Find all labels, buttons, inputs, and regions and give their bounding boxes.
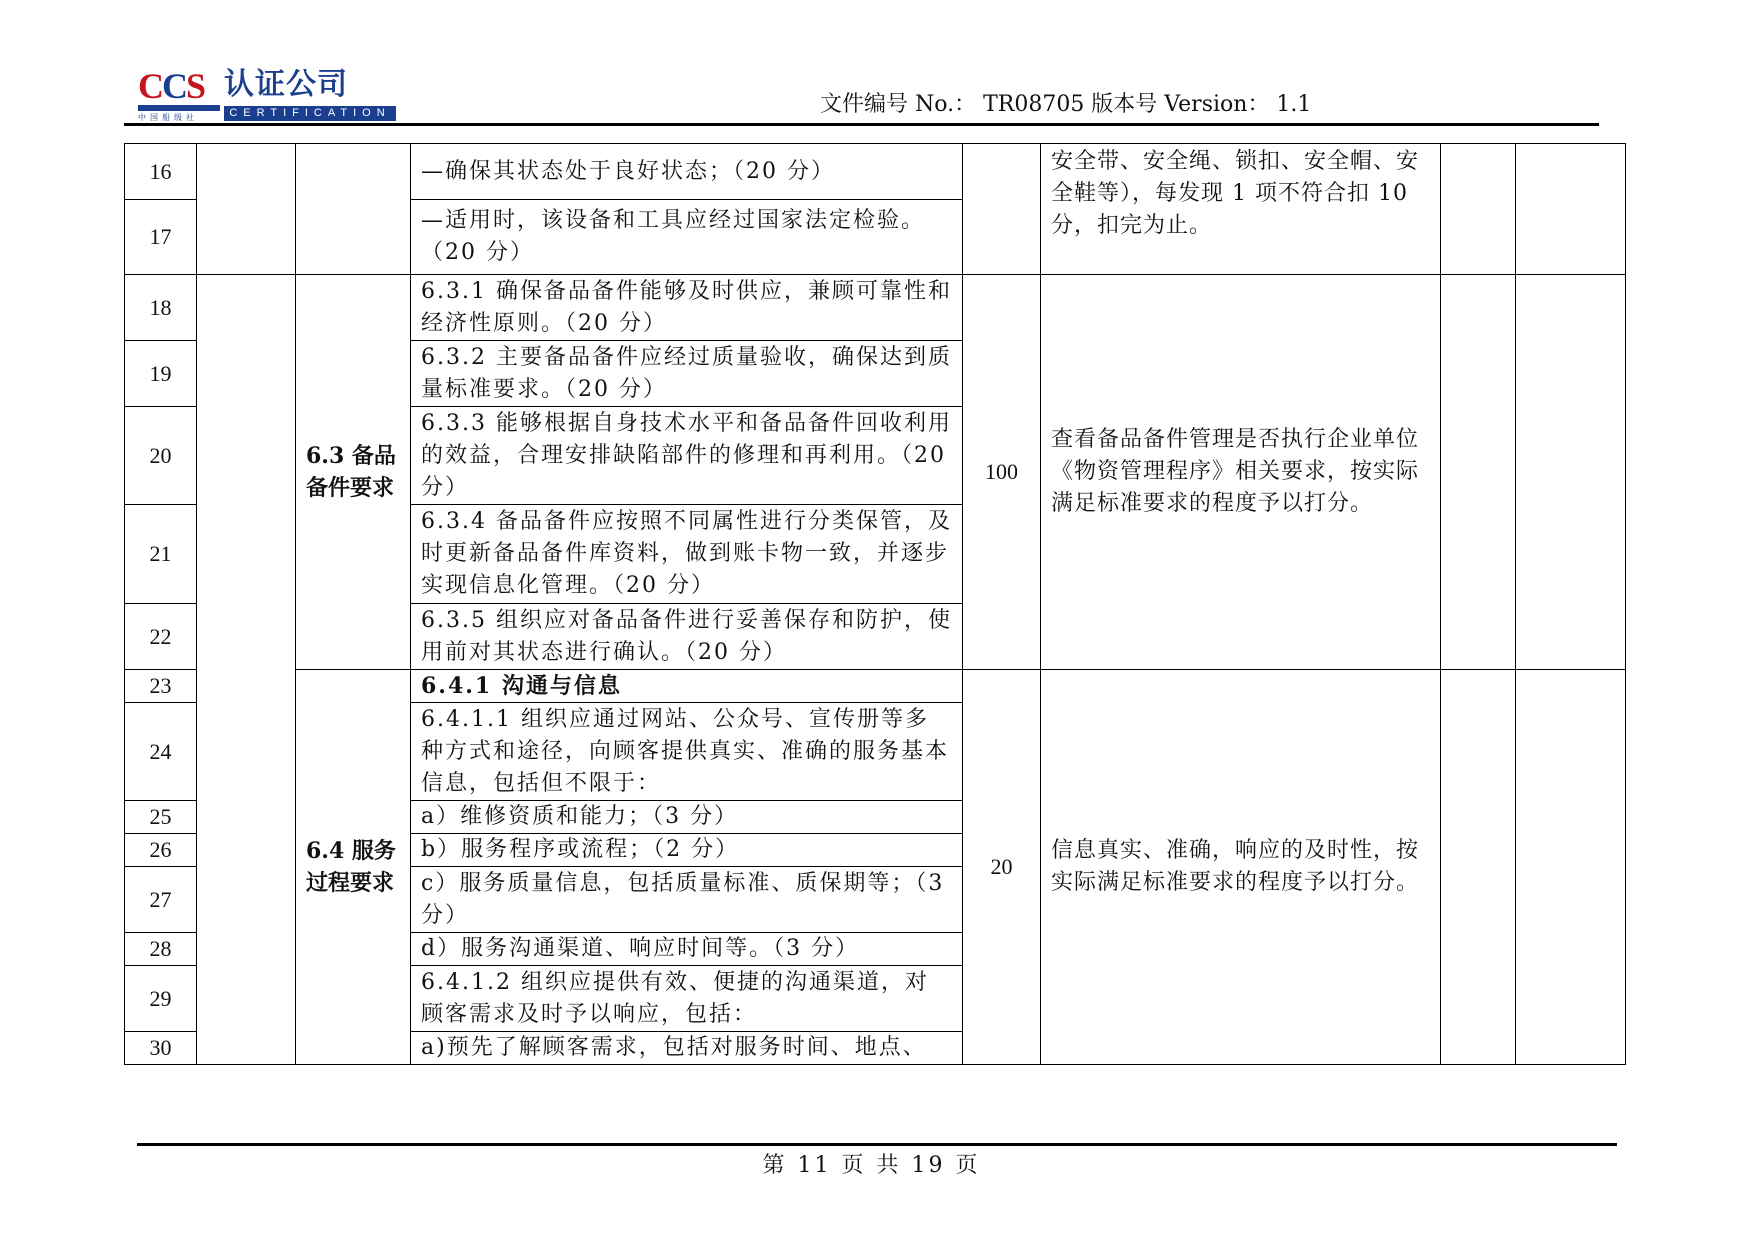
row-number: 19 xyxy=(125,341,197,407)
page-number: 第 11 页 共 19 页 xyxy=(0,1148,1743,1179)
remark-cell xyxy=(1516,144,1626,275)
item-text: b）服务程序或流程；（2 分） xyxy=(411,834,963,867)
table-row: 16 —确保其状态处于良好状态；（20 分） 安全带、安全绳、锁扣、安全帽、安全… xyxy=(125,144,1626,200)
section-cell xyxy=(296,144,411,275)
item-text: 6.3.3 能够根据自身技术水平和备品备件回收利用的效益，合理安排缺陷部件的修理… xyxy=(411,407,963,505)
footer-rule xyxy=(137,1143,1617,1146)
item-text: 6.3.2 主要备品备件应经过质量验收，确保达到质量标准要求。（20 分） xyxy=(411,341,963,407)
logo-society-cn: 中国船级社 xyxy=(138,112,198,123)
category-cell xyxy=(197,275,296,1065)
item-text: —确保其状态处于良好状态；（20 分） xyxy=(411,144,963,200)
row-number: 28 xyxy=(125,933,197,966)
table-row: 23 6.4 服务过程要求 6.4.1 沟通与信息 20 信息真实、准确，响应的… xyxy=(125,670,1626,703)
row-number: 26 xyxy=(125,834,197,867)
section-6-3-title: 6.3 备品备件要求 xyxy=(296,275,411,670)
scoring-table: 16 —确保其状态处于良好状态；（20 分） 安全带、安全绳、锁扣、安全帽、安全… xyxy=(124,143,1626,1065)
category-cell xyxy=(197,144,296,275)
row-number: 30 xyxy=(125,1032,197,1065)
item-text: 6.4.1.1 组织应通过网站、公众号、宣传册等多种方式和途径，向顾客提供真实、… xyxy=(411,703,963,801)
result-cell xyxy=(1441,670,1516,1065)
result-cell xyxy=(1441,144,1516,275)
row-number: 29 xyxy=(125,966,197,1032)
score-value: 20 xyxy=(963,670,1041,1065)
score-cell xyxy=(963,144,1041,275)
item-text: 6.3.4 备品备件应按照不同属性进行分类保管，及时更新备品备件库资料，做到账卡… xyxy=(411,505,963,604)
row-number: 22 xyxy=(125,604,197,670)
row-number: 21 xyxy=(125,505,197,604)
item-heading: 6.4.1 沟通与信息 xyxy=(411,670,963,703)
item-text: c）服务质量信息，包括质量标准、质保期等；（3 分） xyxy=(411,867,963,933)
ccs-certification-logo: CCS 认证公司 中国船级社 CERTIFICATION xyxy=(138,68,396,122)
method-cell: 查看备品备件管理是否执行企业单位《物资管理程序》相关要求，按实际满足标准要求的程… xyxy=(1041,275,1441,670)
method-cell: 安全带、安全绳、锁扣、安全帽、安全鞋等），每发现 1 项不符合扣 10 分，扣完… xyxy=(1041,144,1441,275)
row-number: 23 xyxy=(125,670,197,703)
logo-society-band xyxy=(138,105,220,111)
row-number: 24 xyxy=(125,703,197,801)
logo-company-name: 认证公司 xyxy=(224,68,348,102)
table-row: 18 6.3 备品备件要求 6.3.1 确保备品备件能够及时供应，兼顾可靠性和经… xyxy=(125,275,1626,341)
item-text: —适用时，该设备和工具应经过国家法定检验。（20 分） xyxy=(411,200,963,275)
document-number: 文件编号 No.： TR08705 版本号 Version： 1.1 xyxy=(820,90,1311,120)
result-cell xyxy=(1441,275,1516,670)
row-number: 20 xyxy=(125,407,197,505)
item-text: a）维修资质和能力；（3 分） xyxy=(411,801,963,834)
item-text: d）服务沟通渠道、响应时间等。（3 分） xyxy=(411,933,963,966)
remark-cell xyxy=(1516,670,1626,1065)
item-text: a)预先了解顾客需求，包括对服务时间、地点、 xyxy=(411,1032,963,1065)
header-rule xyxy=(124,123,1599,126)
method-cell: 信息真实、准确，响应的及时性，按实际满足标准要求的程度予以打分。 xyxy=(1041,670,1441,1065)
row-number: 18 xyxy=(125,275,197,341)
logo-certification-band: CERTIFICATION xyxy=(224,106,396,121)
item-text: 6.3.5 组织应对备品备件进行妥善保存和防护，使用前对其状态进行确认。（20 … xyxy=(411,604,963,670)
section-6-4-title: 6.4 服务过程要求 xyxy=(296,670,411,1065)
row-number: 27 xyxy=(125,867,197,933)
row-number: 25 xyxy=(125,801,197,834)
logo-ccs-mark: CCS xyxy=(138,68,204,104)
score-value: 100 xyxy=(963,275,1041,670)
item-text: 6.4.1.2 组织应提供有效、便捷的沟通渠道，对顾客需求及时予以响应，包括： xyxy=(411,966,963,1032)
remark-cell xyxy=(1516,275,1626,670)
row-number: 16 xyxy=(125,144,197,200)
row-number: 17 xyxy=(125,200,197,275)
item-text: 6.3.1 确保备品备件能够及时供应，兼顾可靠性和经济性原则。（20 分） xyxy=(411,275,963,341)
